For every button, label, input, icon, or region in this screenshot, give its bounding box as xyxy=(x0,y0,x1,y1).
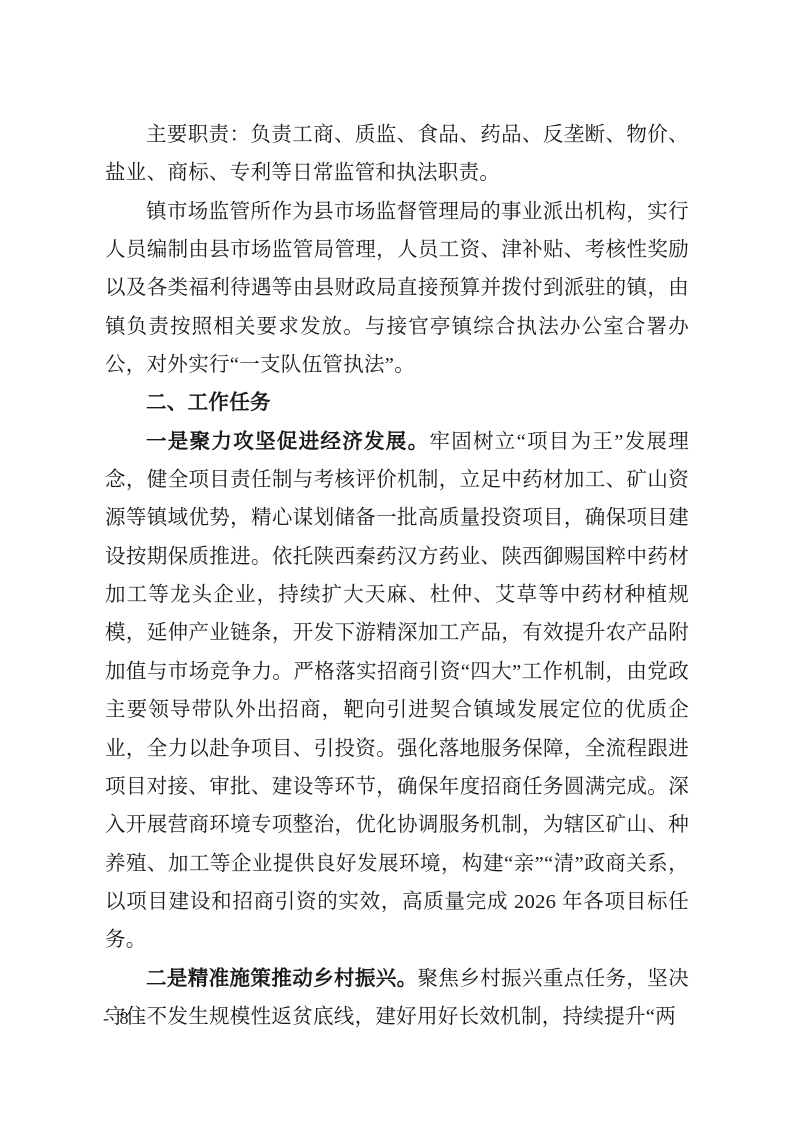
paragraph-market-supervision-office: 镇市场监管所作为县市场监督管理局的事业派出机构，实行人员编制由县市场监管局管理，… xyxy=(105,193,689,385)
task-2-lead: 二是精准施策推动乡村振兴。 xyxy=(146,968,418,990)
document-page: 主要职责：负责工商、质监、食品、药品、反垄断、物价、盐业、商标、专利等日常监管和… xyxy=(0,0,793,1122)
section-heading-work-tasks: 二、工作任务 xyxy=(105,384,689,422)
page-number: - 8 - xyxy=(103,1008,148,1029)
task-1-body: 牢固树立“项目为王”发展理念，健全项目责任制与考核评价机制，立足中药材加工、矿山… xyxy=(105,431,689,951)
paragraph-task-1-economy: 一是聚力攻坚促进经济发展。牢固树立“项目为王”发展理念，健全项目责任制与考核评价… xyxy=(105,423,689,960)
document-content: 主要职责：负责工商、质监、食品、药品、反垄断、物价、盐业、商标、专利等日常监管和… xyxy=(105,116,689,1036)
paragraph-main-duties: 主要职责：负责工商、质监、食品、药品、反垄断、物价、盐业、商标、专利等日常监管和… xyxy=(105,116,689,193)
task-1-lead: 一是聚力攻坚促进经济发展。 xyxy=(146,431,429,453)
paragraph-task-2-rural-revitalization: 二是精准施策推动乡村振兴。聚焦乡村振兴重点任务，坚决守住不发生规模性返贫底线，建… xyxy=(105,960,689,1037)
